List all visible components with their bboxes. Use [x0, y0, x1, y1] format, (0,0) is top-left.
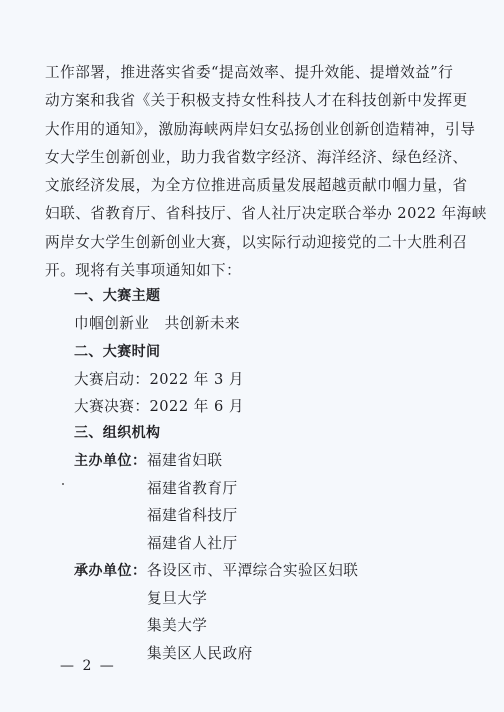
- intro-paragraph: 工作部署，推进落实省委“提高效率、提升效能、提增效益”行 动方案和我省《关于积极…: [45, 59, 449, 285]
- time-item-final: 大赛决赛：2022 年 6 月: [74, 393, 244, 421]
- time-value: 2022 年 6 月: [149, 398, 244, 415]
- organizer-unit: 复旦大学: [147, 585, 207, 613]
- paragraph-line: 大作用的通知》，激励海峡两岸妇女弘扬创业创新创造精神，引导: [45, 116, 449, 144]
- paragraph-line: 动方案和我省《关于积极支持女性科技人才在科技创新中发挥更: [45, 87, 449, 115]
- organizer-label: 承办单位：: [74, 557, 147, 585]
- host-unit: 福建省妇联: [147, 447, 222, 475]
- paragraph-line: 妇联、省教育厅、省科技厅、省人社厅决定联合举办 2022 年海峡: [45, 200, 449, 228]
- host-label-row: 主办单位：: [74, 447, 147, 475]
- host-unit: 福建省教育厅: [147, 475, 238, 503]
- organizer-unit: 各设区市、平潭综合实验区妇联: [147, 557, 358, 585]
- paragraph-line: 女大学生创新创业，助力我省数字经济、海洋经济、绿色经济、: [45, 144, 449, 172]
- organizer-unit: 集美大学: [147, 612, 207, 640]
- paragraph-line: 文旅经济发展，为全方位推进高质量发展超越贡献巾帼力量，省: [45, 172, 449, 200]
- host-unit: 福建省人社厅: [147, 530, 238, 558]
- paragraph-line: 两岸女大学生创新创业大赛，以实际行动迎接党的二十大胜利召: [45, 229, 449, 257]
- paragraph-line: 工作部署，推进落实省委“提高效率、提升效能、提增效益”行: [45, 59, 449, 87]
- time-label: 大赛启动：: [74, 371, 149, 388]
- host-unit: 福建省科技厅: [147, 502, 238, 530]
- time-item-start: 大赛启动：2022 年 3 月: [74, 366, 244, 394]
- page-number: — 2 —: [60, 658, 116, 674]
- host-label: 主办单位：: [74, 447, 147, 475]
- section-heading-time: 二、大赛时间: [74, 338, 160, 366]
- section-heading-theme: 一、大赛主题: [74, 282, 160, 310]
- organizer-unit: 集美区人民政府: [147, 640, 253, 668]
- time-label: 大赛决赛：: [74, 398, 149, 415]
- scan-speck: [62, 483, 64, 485]
- theme-text: 巾帼创新业 共创新未来: [74, 310, 240, 338]
- section-heading-organization: 三、组织机构: [74, 419, 160, 447]
- document-page: 工作部署，推进落实省委“提高效率、提升效能、提增效益”行 动方案和我省《关于积极…: [0, 0, 504, 712]
- time-value: 2022 年 3 月: [149, 371, 244, 388]
- organizer-label-row: 承办单位：: [74, 557, 147, 585]
